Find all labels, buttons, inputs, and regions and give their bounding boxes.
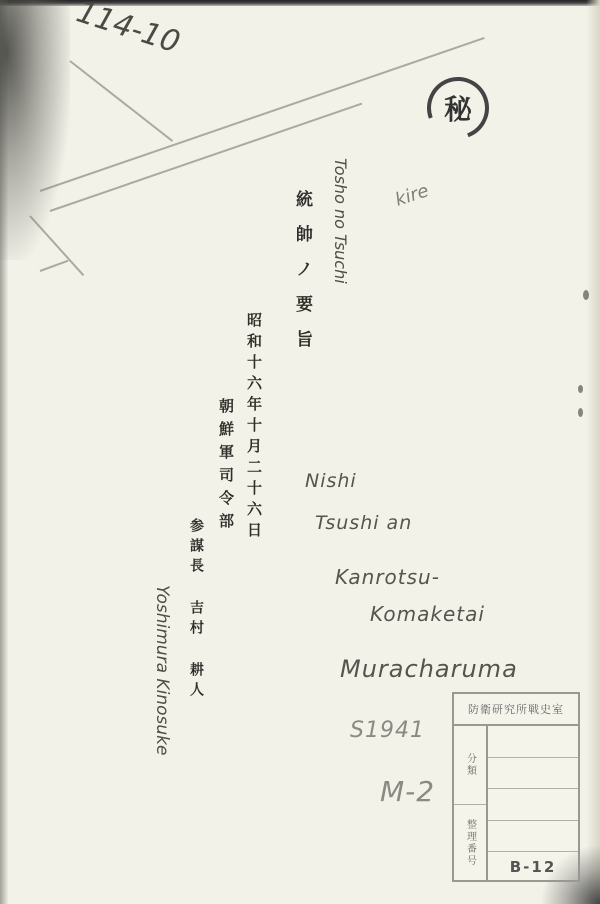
scribble-line — [40, 260, 69, 272]
handwritten-note: Tsushi an — [315, 512, 412, 534]
archive-field — [488, 789, 578, 821]
title-handwritten: Tosho no Tsuchi — [331, 158, 350, 284]
handwritten-note: Nishi — [305, 470, 357, 492]
archive-label-box: 防衛研究所戦史室 分類 整理番号 B-12 — [452, 692, 580, 882]
pencil-note: kire — [393, 180, 432, 210]
handwritten-note: S1941 — [350, 718, 425, 743]
archive-code: B-12 — [488, 852, 578, 882]
archive-label-classification: 分類 — [454, 726, 486, 804]
document-date: 昭和十六年十月二十六日 — [244, 312, 265, 543]
stray-mark — [578, 385, 583, 393]
archive-field — [488, 758, 578, 790]
document-page: 114-10 秘 kire 統帥ノ要旨 Tosho no Tsuchi 昭和十六… — [0, 0, 600, 904]
secret-stamp: 秘 — [427, 77, 489, 139]
scribble-line — [69, 60, 173, 142]
document-author: 参謀長 吉村 耕人 — [186, 518, 206, 702]
handwritten-note: Muracharuma — [340, 655, 518, 683]
archive-field — [488, 821, 578, 853]
archive-field — [488, 726, 578, 758]
archive-box-header: 防衛研究所戦史室 — [454, 694, 578, 726]
scribble-line — [40, 37, 485, 192]
handwritten-note: M-2 — [380, 775, 435, 808]
handwritten-note: Kanrotsu- — [335, 565, 440, 589]
document-organization: 朝鮮軍司令部 — [216, 398, 237, 536]
handwritten-note: Komaketai — [370, 602, 485, 626]
author-handwritten: Yoshimura Kinosuke — [152, 585, 172, 755]
scribble-line — [50, 103, 363, 212]
top-annotation: 114-10 — [72, 0, 184, 61]
document-title: 統帥ノ要旨 — [290, 190, 315, 365]
scan-right-edge — [586, 0, 600, 904]
archive-label-number: 整理番号 — [454, 804, 486, 883]
stray-mark — [583, 290, 589, 300]
stray-mark — [578, 408, 583, 417]
